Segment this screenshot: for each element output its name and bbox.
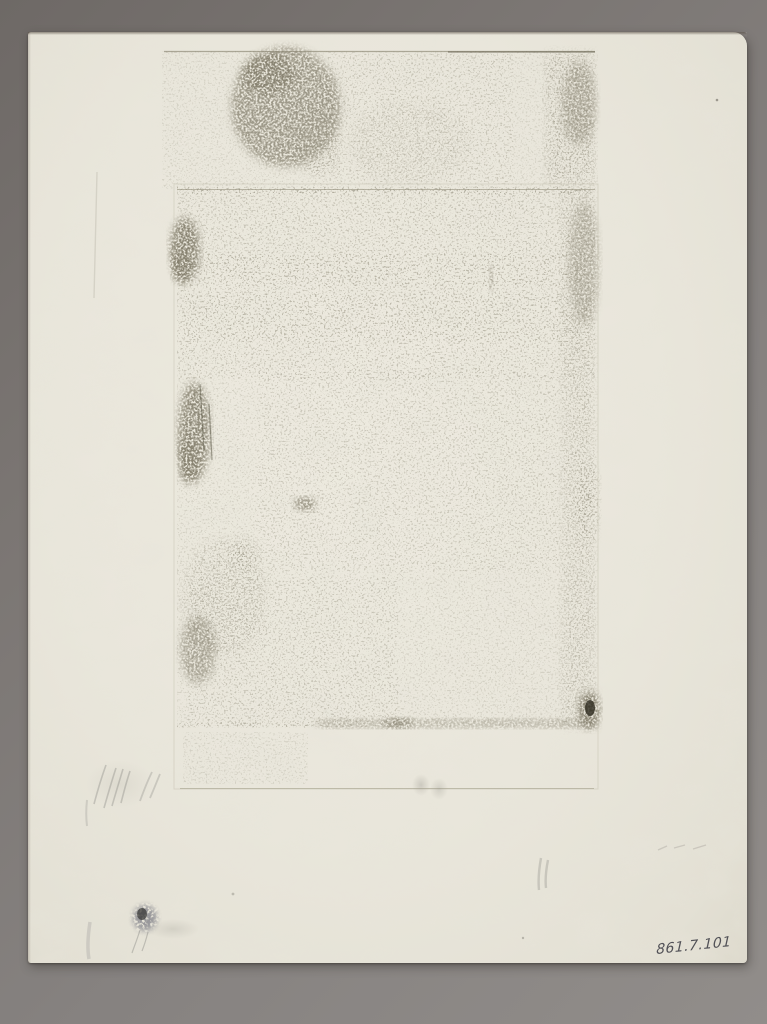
- ink-and-pencil-marks: [28, 32, 747, 963]
- main-offset-block: [170, 187, 600, 729]
- paper-deckle-edge: [28, 32, 747, 35]
- artwork-photo-background: 861.7.101: [0, 0, 767, 1024]
- upper-offset-band: [162, 47, 596, 189]
- paper-left-edge-shading: [28, 32, 31, 963]
- paper-sheet: 861.7.101: [28, 32, 747, 963]
